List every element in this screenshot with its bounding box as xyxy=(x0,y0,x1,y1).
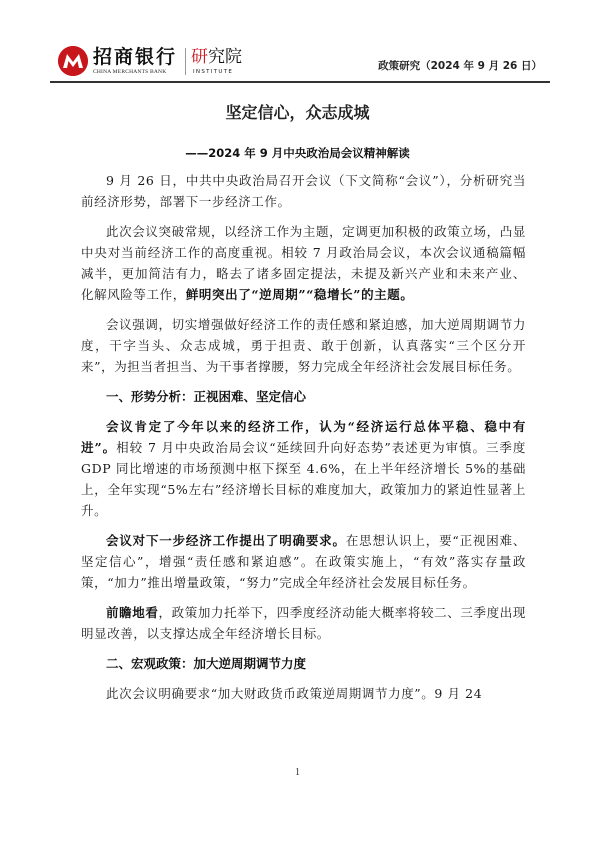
paragraph-2-emphasis: 鲜明突出了“逆周期”“稳增长”的主题。 xyxy=(186,287,414,302)
paragraph-4: 会议肯定了今年以来的经济工作，认为“经济运行总体平稳、稳中有进”。相较 7 月中… xyxy=(81,416,526,521)
paragraph-2: 此次会议突破常规，以经济工作为主题，定调更加积极的政策立场，凸显中央对当前经济工… xyxy=(81,221,526,305)
page-header: 招商银行 CHINA MERCHANTS BANK 研究院 INSTITUTE … xyxy=(55,44,545,82)
report-label: 政策研究（2024 年 9 月 26 日） xyxy=(378,58,542,73)
document-subtitle: ——2024 年 9 月中央政治局会议精神解读 xyxy=(0,145,595,161)
paragraph-4-text: 相较 7 月中央政治局会议“延续回升向好态势”表述更为审慎。三季度 GDP 同比… xyxy=(81,440,526,518)
document-body: 9 月 26 日，中共中央政治局召开会议（下文简称“会议”），分析研究当前经济形… xyxy=(81,170,526,704)
paragraph-5-emphasis: 会议对下一步经济工作提出了明确要求。 xyxy=(106,533,346,548)
paragraph-6-emphasis: 前瞻地看 xyxy=(106,605,159,620)
paragraph-1: 9 月 26 日，中共中央政治局召开会议（下文简称“会议”），分析研究当前经济形… xyxy=(81,170,526,212)
bank-name-en: CHINA MERCHANTS BANK xyxy=(93,69,166,75)
paragraph-7: 此次会议明确要求“加大财政货币政策逆周期调节力度”。9 月 24 xyxy=(81,683,526,704)
section-heading-2: 二、宏观政策：加大逆周期调节力度 xyxy=(81,653,526,674)
bank-name-cn: 招商银行 xyxy=(93,46,177,68)
institute-name-en: INSTITUTE xyxy=(193,69,233,75)
institute-name-rest: 究院 xyxy=(208,47,242,67)
header-divider xyxy=(50,81,550,83)
paragraph-3: 会议强调，切实增强做好经济工作的责任感和紧迫感，加大逆周期调节力度，干字当头、众… xyxy=(81,314,526,377)
cmb-logo-icon xyxy=(58,46,88,76)
logo-divider xyxy=(185,48,186,75)
document-title: 坚定信心，众志成城 xyxy=(0,100,595,123)
institute-accent-char: 研 xyxy=(191,47,208,67)
institute-name-cn: 研究院 xyxy=(191,46,242,68)
page-number: 1 xyxy=(0,767,595,778)
section-heading-1: 一、形势分析：正视困难、坚定信心 xyxy=(81,386,526,407)
paragraph-6: 前瞻地看，政策加力托举下，四季度经济动能大概率将较二、三季度出现明显改善，以支撑… xyxy=(81,602,526,644)
paragraph-5: 会议对下一步经济工作提出了明确要求。在思想认识上，要“正视困难、坚定信心”，增强… xyxy=(81,530,526,593)
